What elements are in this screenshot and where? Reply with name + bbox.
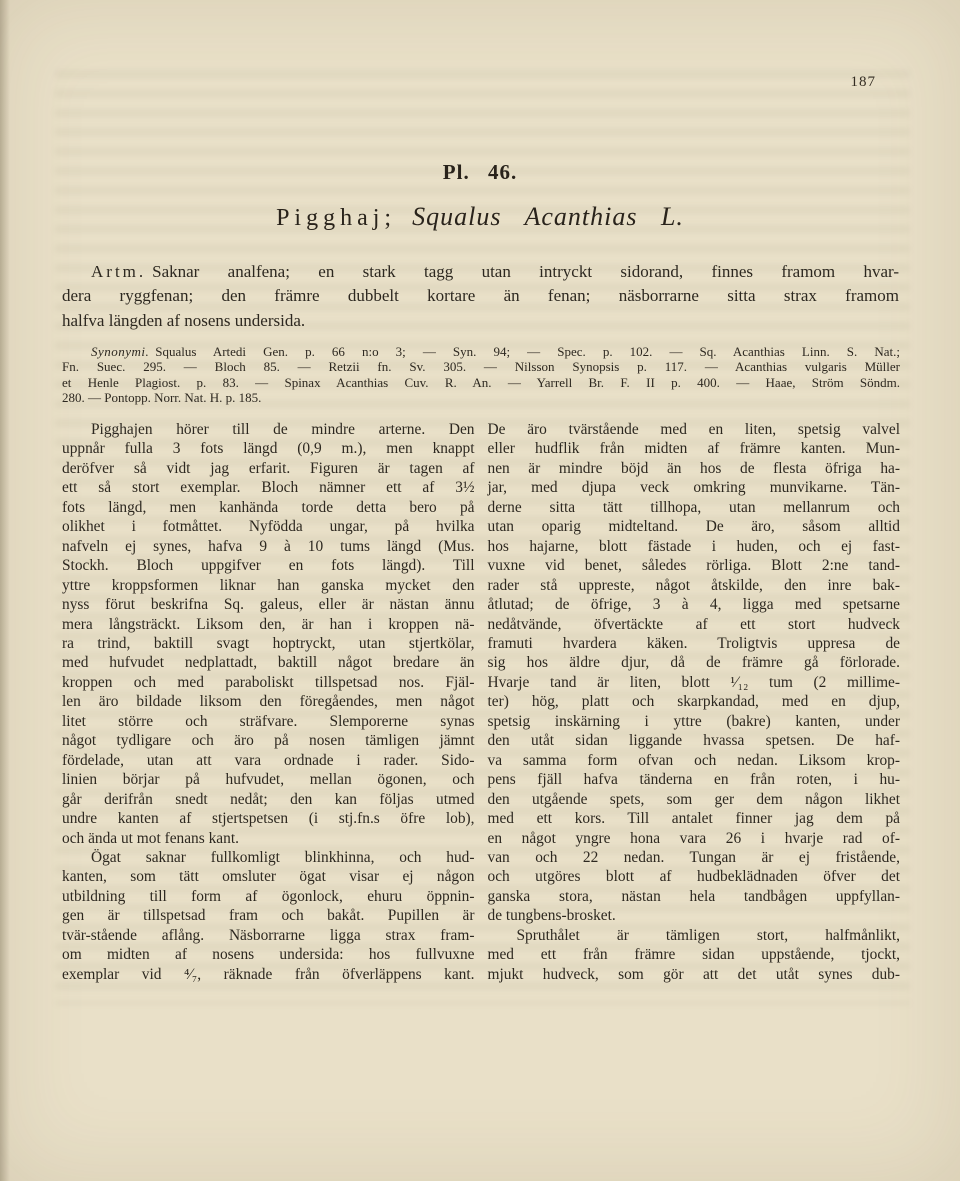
text-line: fots längd, men kanhända torde detta ber… bbox=[62, 498, 475, 517]
text-line: nen är mindre böjd än hos de flesta öfri… bbox=[488, 459, 901, 478]
text-line: åtlutad; de öfrige, 3 à 4, ligga med spe… bbox=[488, 595, 901, 614]
diagnosis-paragraph: Artm.Saknar analfena; en stark tagg utan… bbox=[62, 260, 899, 333]
text-line: ganska stora, nästan hela tandbågen uppf… bbox=[488, 887, 901, 906]
text-line: och ända ut mot fenans kant. bbox=[62, 829, 475, 848]
text-line: Stockh. Bloch uppgifver en fots längd). … bbox=[62, 556, 475, 575]
text-line: va samma form ofvan och nedan. Liksom kr… bbox=[488, 751, 901, 770]
text-line: kroppen och med paraboliskt tillspetsad … bbox=[62, 673, 475, 692]
text-line: linien börjar på hufvudet, mellan ögonen… bbox=[62, 770, 475, 789]
text-line: Synonymi.Squalus Artedi Gen. p. 66 n:o 3… bbox=[62, 344, 900, 359]
text-line: sig hos äldre djur, då de främre gå förl… bbox=[488, 653, 901, 672]
text-line: rader stå uppreste, något åtskilde, den … bbox=[488, 576, 901, 595]
body-text: Pigghajen hörer till de mindre arterne. … bbox=[62, 420, 900, 984]
text-line: litet större och sträfvare. Slemporerne … bbox=[62, 712, 475, 731]
text-line: med hufvudet nedplattadt, baktill något … bbox=[62, 653, 475, 672]
text-line: jar, med djupa veck omkring munvikarne. … bbox=[488, 478, 901, 497]
diagnosis-label: Artm. bbox=[91, 262, 146, 281]
synonymy-label: Synonymi. bbox=[91, 344, 149, 359]
text-line: Pigghajen hörer till de mindre arterne. … bbox=[62, 420, 475, 439]
text-line: Hvarje tand är liten, blott ¹⁄₁₂ tum (2 … bbox=[488, 673, 901, 692]
text-line: nyss förut beskrifna Sq. galeus, eller ä… bbox=[62, 595, 475, 614]
left-column: Pigghajen hörer till de mindre arterne. … bbox=[62, 420, 475, 984]
text-line: med ett kors. Till antalet finner jag de… bbox=[488, 809, 901, 828]
text-line: undre kanten af stjertspetsen (i stj.fn.… bbox=[62, 809, 475, 828]
text-line: nafveln ej synes, hafva 9 à 10 tums läng… bbox=[62, 537, 475, 556]
text-line: ra trind, baktill svagt hoptryckt, utan … bbox=[62, 634, 475, 653]
text-line: Artm.Saknar analfena; en stark tagg utan… bbox=[62, 260, 899, 284]
text-line: mjukt hudveck, som gör att det utåt syne… bbox=[488, 965, 901, 984]
text-line: en något yngre hona vara 26 i hvarje rad… bbox=[488, 829, 901, 848]
title-scientific-name: Squalus Acanthias L. bbox=[412, 202, 684, 231]
text-line: tvär-stående aflång. Näsborrarne ligga s… bbox=[62, 926, 475, 945]
text-line: framuti hvardera käken. Troligtvis uppre… bbox=[488, 634, 901, 653]
text-line: uppnår fulla 3 fots längd (0,9 m.), men … bbox=[62, 439, 475, 458]
text-line: något tydligare och äro på nosen tämlige… bbox=[62, 731, 475, 750]
text-line: och utgöres blott af hudbeklädnaden öfve… bbox=[488, 867, 901, 886]
text-line: hos hajarne, blott fästade i huden, och … bbox=[488, 537, 901, 556]
text-line: len äro bildade liksom den föregåendes, … bbox=[62, 692, 475, 711]
text-line: 280. — Pontopp. Norr. Nat. H. p. 185. bbox=[62, 390, 900, 405]
text-line: med ett från främre sidan uppstående, tj… bbox=[488, 945, 901, 964]
text-line: gen är tillspetsad fram och bakåt. Pupil… bbox=[62, 906, 475, 925]
text-line: et Henle Plagiost. p. 83. — Spinax Acant… bbox=[62, 375, 900, 390]
text-line: derne sitta tätt tillhopa, utan mellanru… bbox=[488, 498, 901, 517]
text-line: de tungbens-brosket. bbox=[488, 906, 901, 925]
text-line: exemplar vid ⁴⁄₇, räknade från öfverläpp… bbox=[62, 965, 475, 984]
text-line: olikhet i fotmåttet. Nyfödda ungar, på h… bbox=[62, 517, 475, 536]
synonymy-paragraph: Synonymi.Squalus Artedi Gen. p. 66 n:o 3… bbox=[62, 344, 900, 405]
text-line: van och 22 nedan. Tungan är ej friståend… bbox=[488, 848, 901, 867]
text-line: fördelade, utan att vara ordnade i rader… bbox=[62, 751, 475, 770]
text-line: går derifrån snedt nedåt; den kan följas… bbox=[62, 790, 475, 809]
text-line: eller hudflik från midten af främre kant… bbox=[488, 439, 901, 458]
species-title: Pigghaj;Squalus Acanthias L. bbox=[0, 202, 960, 232]
text-line: Fn. Suec. 295. — Bloch 85. — Retzii fn. … bbox=[62, 359, 900, 374]
text-line: ett så stort exemplar. Bloch nämner ett … bbox=[62, 478, 475, 497]
text-line: yttre kroppsformen liknar han ganska myc… bbox=[62, 576, 475, 595]
plate-heading: Pl. 46. bbox=[0, 160, 960, 185]
text-line: pens fjäll hafva tänderna en från roten,… bbox=[488, 770, 901, 789]
text-line: Spruthålet är tämligen stort, halfmånlik… bbox=[488, 926, 901, 945]
text-line: om midten af nosens undersida: hos fullv… bbox=[62, 945, 475, 964]
text-line: kanten, som tätt omsluter ögat visar ej … bbox=[62, 867, 475, 886]
right-column: De äro tvärstående med en liten, spetsig… bbox=[488, 420, 901, 984]
text-line: mera långsträckt. Liksom den, är han i k… bbox=[62, 615, 475, 634]
text-line: den utåt sidan liggande hvassa spetsen. … bbox=[488, 731, 901, 750]
text-line: Ögat saknar fullkomligt blinkhinna, och … bbox=[62, 848, 475, 867]
text-line: nedåtvände, öfvertäckte af ett stort hud… bbox=[488, 615, 901, 634]
text-line: deröfver så vidt jag erfarit. Figuren är… bbox=[62, 459, 475, 478]
text-line: utbildning till form af ögonlock, ehuru … bbox=[62, 887, 475, 906]
text-line: den utgående spets, som ger dem någon li… bbox=[488, 790, 901, 809]
text-line: utan oparig midteltand. De äro, såsom al… bbox=[488, 517, 901, 536]
text-line: ter) hög, platt och skarpkandad, med en … bbox=[488, 692, 901, 711]
text-line: dera ryggfenan; den främre dubbelt korta… bbox=[62, 284, 899, 308]
text-line: De äro tvärstående med en liten, spetsig… bbox=[488, 420, 901, 439]
scanned-book-page: { "page": { "number": "187", "plate_labe… bbox=[0, 0, 960, 1181]
title-common-name: Pigghaj; bbox=[276, 205, 396, 231]
text-line: spetsig inskärning i yttre (bakre) kante… bbox=[488, 712, 901, 731]
text-line: vuxne vid benet, således rörliga. Blott … bbox=[488, 556, 901, 575]
page-number: 187 bbox=[851, 74, 877, 91]
text-line: halfva längden af nosens undersida. bbox=[62, 309, 899, 333]
